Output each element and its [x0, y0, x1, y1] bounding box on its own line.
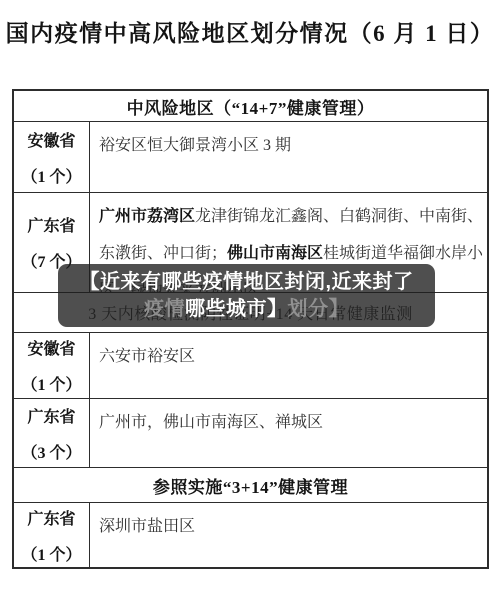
report-title: 国内疫情中高风险地区划分情况（6 月 1 日）	[0, 15, 500, 48]
province-name: 广东省	[27, 506, 75, 529]
watermark-left-text: 疫情	[144, 296, 185, 322]
area-text-segment: 六安市裕安区	[99, 348, 195, 365]
province-cell: 安徽省（1 个）	[14, 122, 90, 192]
area-text-segment: 裕安区恒大御景湾小区 3 期	[99, 137, 291, 154]
caption-line-2-text: 哪些城市】	[185, 296, 288, 322]
caption-line-1: 【近来有哪些疫情地区封闭,近来封了	[58, 268, 435, 296]
area-text-segment: 深圳市盐田区	[99, 518, 195, 535]
area-cell: 裕安区恒大御景湾小区 3 期	[90, 122, 487, 192]
area-text-segment: 佛山市南海区	[227, 245, 323, 262]
area-cell: 广州市，佛山市南海区、禅城区	[90, 399, 487, 467]
province-cell: 安徽省（1 个）	[14, 333, 90, 398]
province-name: 广东省	[27, 213, 75, 236]
table-row: 广东省（3 个）广州市，佛山市南海区、禅城区	[14, 399, 487, 468]
table-row: 安徽省（1 个）六安市裕安区	[14, 333, 487, 399]
area-cell: 六安市裕安区	[90, 333, 487, 398]
area-cell: 深圳市盐田区	[90, 503, 487, 567]
table-row: 广东省（1 个）深圳市盐田区	[14, 503, 487, 567]
caption-line-2: 疫情 哪些城市】 划分】	[58, 296, 435, 322]
province-count: （3 个）	[21, 440, 81, 463]
province-cell: 广东省（3 个）	[14, 399, 90, 467]
province-cell: 广东省（1 个）	[14, 503, 90, 567]
province-count: （1 个）	[21, 164, 81, 187]
section-header-row: 参照实施“3+14”健康管理	[14, 468, 487, 503]
province-name: 安徽省	[27, 336, 75, 359]
area-text-segment: 广州市荔湾区	[99, 208, 195, 225]
province-count: （1 个）	[21, 542, 81, 565]
province-name: 广东省	[27, 404, 75, 427]
caption-overlay: 【近来有哪些疫情地区封闭,近来封了 疫情 哪些城市】 划分】	[58, 264, 435, 327]
province-name: 安徽省	[27, 128, 75, 151]
risk-area-table: 中风险地区（“14+7”健康管理）安徽省（1 个）裕安区恒大御景湾小区 3 期广…	[12, 89, 489, 569]
watermark-right-text: 划分】	[288, 296, 350, 322]
section-header-row: 中风险地区（“14+7”健康管理）	[14, 91, 487, 122]
province-count: （1 个）	[21, 372, 81, 395]
area-text-segment: 广州市，佛山市南海区、禅城区	[99, 414, 323, 431]
table-row: 安徽省（1 个）裕安区恒大御景湾小区 3 期	[14, 122, 487, 193]
